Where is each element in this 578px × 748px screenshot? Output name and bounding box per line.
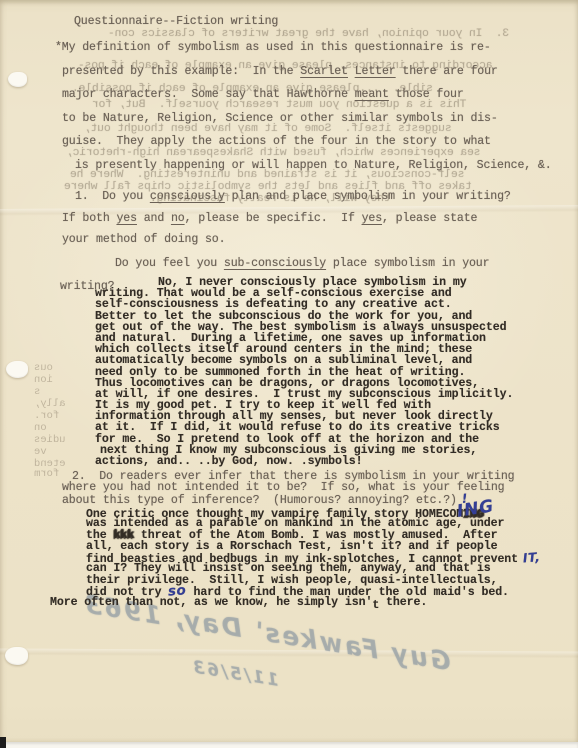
typed-text: t [372,599,379,612]
typed-line: where you had not intended it to be? If … [62,483,514,494]
typed-line: about this type of inference? (Humorous?… [62,494,514,505]
bleedthrough-fragment: udies [34,434,66,446]
typed-line: major characters. Some say that Hawthorn… [62,83,552,107]
typed-line: your method of doing so. [62,229,511,251]
punch-hole [6,361,28,378]
ink-annotation: IT, [518,551,541,564]
typed-line: Questionnaire--Fiction writing [74,14,278,30]
typed-line: presented by this example: In the Scarle… [62,60,552,84]
bleedthrough-fragment: ous [34,362,53,374]
typed-text: yes [116,212,136,225]
typed-text: all, each story is a Rorschach Test, isn… [86,540,497,553]
bleedthrough-fragment: ve [34,446,47,458]
typed-text: is presently happening or will happen to… [75,159,552,172]
typed-text: sub-consciously [224,257,326,270]
typed-line: is presently happening or will happen to… [75,154,552,178]
ink-annotation: so [168,585,187,598]
typed-text: Scarlet [300,65,348,78]
typed-line: to be Nature, Religion, Science or other… [62,107,552,131]
typed-text: actions, and.. ..by God, now. .symbols! [95,455,362,468]
typewritten-heading: Questionnaire--Fiction writing [74,14,278,30]
bleedthrough-fragment: for. [34,410,59,422]
typed-text: Letter [355,65,396,78]
typed-line: their privilege. Still, I wish people, q… [86,575,540,586]
typed-text: guise. They apply the actions of the fou… [62,135,491,148]
typed-text: to be Nature, Religion, Science or other… [62,112,498,125]
typed-text: no [171,212,185,225]
typed-line: actions, and.. ..by God, now. .symbols! [95,456,513,467]
typed-text: meant [355,88,389,101]
typed-line: *My definition of symbolism as used in t… [55,36,552,60]
punch-hole [5,647,28,665]
question-2: 2. Do readers ever infer that there is s… [62,472,514,504]
typed-text: If both [62,212,116,225]
typed-text: major characters. Some say that Hawthorn… [62,88,355,101]
handwritten-date-bleedthrough: 11/5/63 [190,657,279,691]
typed-text: yes [362,212,382,225]
typed-text: presented by this example: In the [62,65,300,78]
typed-text: place symbolism in your [326,257,489,270]
answer-paragraph-1: No, I never consciously place symbolism … [95,277,513,467]
typed-text: your method of doing so. [62,233,225,246]
typed-line: 1. Do you consciously plan and place sym… [75,186,511,208]
typed-line: If both yes and no, please be specific. … [62,208,511,230]
scan-background-edge [0,742,578,748]
bleedthrough-fragment: s [34,386,40,398]
typed-text: consciously [150,190,225,203]
typed-text: Questionnaire--Fiction writing [74,15,278,28]
typed-line: Do you feel you sub-consciously place sy… [115,252,489,275]
typed-text: where you had not intended it to be? If … [62,481,504,494]
typed-text: their privilege. Still, I wish people, q… [86,574,497,587]
scan-corner-mark [0,737,6,748]
typed-text: there are four [396,65,498,78]
question-1: 1. Do you consciously plan and place sym… [62,186,511,251]
typed-text: *My definition of symbolism as used in t… [55,41,491,54]
typed-text: Do you feel you [115,257,224,270]
bleedthrough-fragment: ion [34,374,53,386]
bleedthrough-fragment: ally, [34,398,66,410]
punch-hole [8,72,27,87]
typed-text: about this type of inference? (Humorous?… [62,494,457,507]
typed-text: there. [379,596,427,609]
typed-text: and [137,212,171,225]
typed-text [348,65,355,78]
typed-text: More often than not, as we know, he simp… [50,596,372,609]
typed-text: 1. Do you [75,190,150,203]
typed-text: , please state [382,212,477,225]
answer-paragraph-2: One critic once thought my vampire famil… [86,507,540,609]
bleedthrough-fragment: on [34,422,47,434]
typed-text: plan and place symbolism in your writing… [225,190,511,203]
bleedthrough-fragment: form [34,468,59,480]
scanned-typewritten-page: 3. In your opinion, have the great write… [0,0,578,742]
intro-paragraph: *My definition of symbolism as used in t… [62,36,552,177]
typed-text: those four [389,88,464,101]
typed-text: , please be specific. If [185,212,362,225]
ink-annotation: ING [456,501,495,518]
typed-line: guise. They apply the actions of the fou… [62,130,552,154]
typed-line: all, each story is a Rorschach Test, isn… [86,541,540,552]
